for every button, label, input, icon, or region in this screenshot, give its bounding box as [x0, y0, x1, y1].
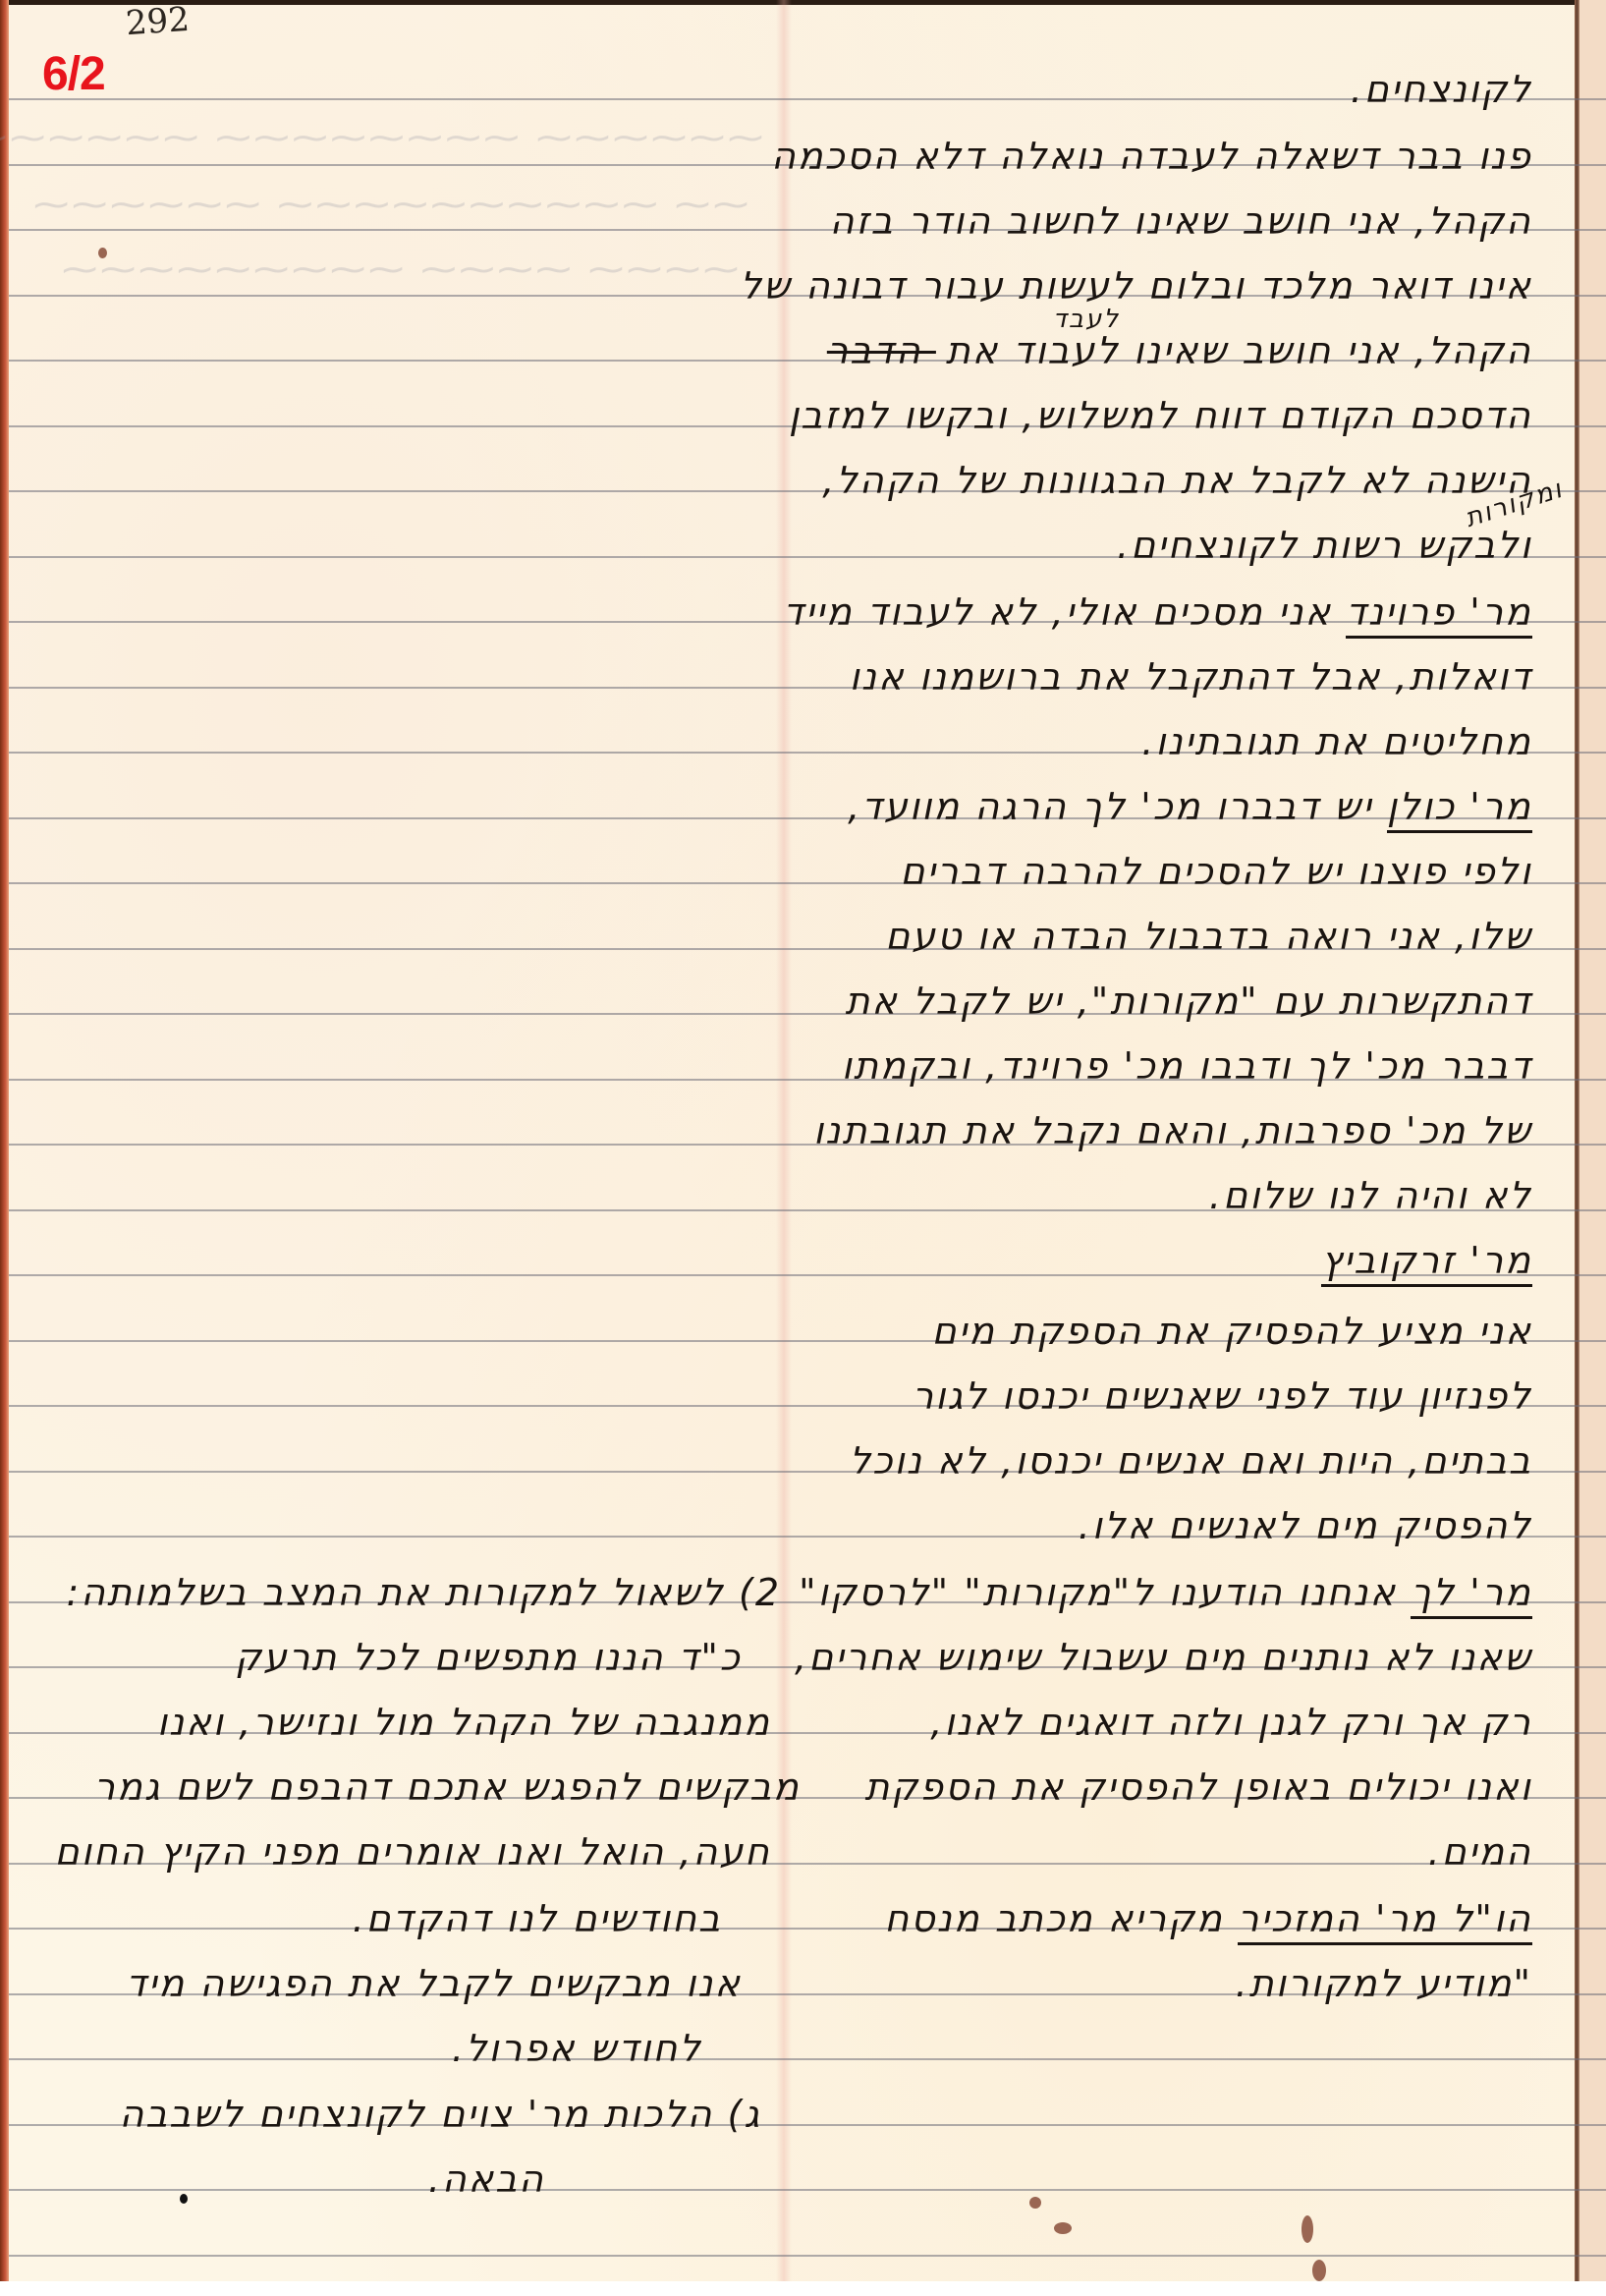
ink-stain: [1054, 2222, 1072, 2234]
handwritten-line: דהתקשרות עם "מקורות", יש לקבל את: [846, 982, 1532, 1020]
handwritten-line: כ"ד הננו מתפשים לכל תרעק: [235, 1639, 742, 1676]
line-text: שאנו לא נותנים מים עשבול שימוש אחרים,: [795, 1636, 1532, 1679]
handwritten-line: הקהל, אני חושב שאינו לעבוד את הדברלעבד: [827, 332, 1532, 369]
line-text: ואנו יכולים באופן להפסיק את הספקת: [864, 1765, 1532, 1809]
handwritten-line: להפסיק מים לאנשים אלו.: [1079, 1507, 1532, 1544]
binding-shade: [1579, 0, 1606, 2281]
bleed-through-text: ⁓⁓⁓⁓ ⁓⁓⁓⁓ ⁓⁓⁓⁓⁓⁓⁓⁓⁓: [62, 250, 742, 290]
line-text: דבבר מכ' לך ודבבו מכ' פרוינד, ובקמתו: [842, 1044, 1532, 1088]
ruled-line: [9, 2058, 1606, 2060]
handwritten-line: של מכ' ספרבות, והאם נקבל את תגובתנו: [813, 1112, 1532, 1149]
handwritten-line: 2) לשאול למקורות את המצב בשלמותה:: [66, 1574, 781, 1611]
line-text: להפסיק מים לאנשים אלו.: [1079, 1504, 1532, 1547]
line-text: ולפי פוצנו יש להסכים להרבה דברים: [900, 850, 1532, 893]
handwritten-line: מר' זרקוביץ: [1321, 1242, 1532, 1279]
line-text: דהתקשרות עם "מקורות", יש לקבל את: [846, 980, 1532, 1023]
ruled-line: [9, 2255, 1606, 2257]
handwritten-line: הבאה.: [428, 2160, 545, 2198]
handwritten-line: המים.: [1428, 1833, 1532, 1871]
handwritten-line: הו"ל מר' המזכיר מקריא מכתב מנסח: [884, 1900, 1532, 1937]
line-text: מר' זרקוביץ: [1321, 1239, 1532, 1287]
speaker-name: הו"ל מר' המזכיר: [1238, 1897, 1532, 1945]
handwritten-line: לפנזיון עוד לפני שאנשים יכנסו לגור: [913, 1377, 1532, 1415]
line-text: אנחנו הודענו ל"מקורות" "לרסקו": [799, 1571, 1397, 1614]
ink-stain: [1029, 2197, 1041, 2209]
handwritten-line: מר' כולן יש דבברו מכ' לך הרגה מוועד,: [848, 788, 1532, 825]
handwritten-line: מר' פרוינד אני מסכים אולי, לא לעבוד מייד: [783, 593, 1532, 631]
struck-out-word: הדבר: [827, 329, 936, 372]
line-text: שלו, אני רואה בדבבול הבדה או טעם: [885, 915, 1532, 958]
handwritten-line: מבקשים להפגש אתכם דהבפם לשם גמר: [94, 1768, 801, 1806]
line-text: אני מסכים אולי, לא לעבוד מייד: [783, 590, 1332, 634]
line-text: הדסכם הקודם דווח למשלוש, ובקשו למזבן: [789, 394, 1532, 437]
handwritten-line: מר' לך אנחנו הודענו ל"מקורות" "לרסקו": [799, 1574, 1532, 1611]
page-left-edge: [0, 0, 9, 2281]
handwritten-line: אינו דואר מלכד ובלום לעשות עבור דבונה של: [740, 267, 1532, 305]
handwritten-line: לקונצחים.: [1351, 71, 1532, 108]
handwritten-line: הישנה לא לקבל את הבגוונות של הקהל,: [822, 462, 1532, 499]
ink-stain: [98, 248, 107, 258]
handwritten-line: דואלות, אבל דהתקבל את ברושמנו אנו: [850, 658, 1532, 696]
handwritten-line: "מודיע למקורות.: [1236, 1965, 1532, 2002]
notebook-page: ⁓⁓⁓⁓⁓⁓ ⁓⁓⁓⁓⁓⁓⁓⁓ ⁓⁓⁓⁓⁓⁓⁓⁓ ⁓⁓ ⁓⁓⁓⁓⁓⁓⁓⁓⁓⁓ ⁓…: [0, 0, 1606, 2281]
bleed-through-text: ⁓⁓⁓⁓⁓⁓ ⁓⁓⁓⁓⁓⁓⁓⁓ ⁓⁓⁓⁓⁓⁓⁓⁓: [0, 118, 766, 158]
inserted-correction: לעבד: [1053, 307, 1120, 332]
page-top-edge: [0, 0, 1606, 5]
binding-line: [1575, 0, 1579, 2281]
handwritten-line: בחודשים לנו דהקדם.: [353, 1900, 722, 1937]
handwritten-line: שאנו לא נותנים מים עשבול שימוש אחרים,: [795, 1639, 1532, 1676]
speaker-name: מר' כולן: [1387, 785, 1532, 833]
line-text: אינו דואר מלכד ובלום לעשות עבור דבונה של: [740, 264, 1532, 308]
line-text: "מודיע למקורות.: [1236, 1962, 1532, 2005]
handwritten-line: הדסכם הקודם דווח למשלוש, ובקשו למזבן: [789, 397, 1532, 434]
handwritten-line: ממנגבה של הקהל מול ונזישר, ואנו: [157, 1704, 771, 1741]
ruled-line: [9, 2189, 1606, 2191]
line-text: לפנזיון עוד לפני שאנשים יכנסו לגור: [913, 1374, 1532, 1418]
handwritten-line: אני מציע להפסיק את הספקת מים: [932, 1313, 1532, 1350]
line-text: של מכ' ספרבות, והאם נקבל את תגובתנו: [813, 1109, 1532, 1152]
ink-dot: [180, 2194, 188, 2204]
handwritten-line: פנו בבר דשאלה לעבדה נואלה דלא הסכמה: [771, 138, 1532, 175]
bleed-through-text: ⁓⁓ ⁓⁓⁓⁓⁓⁓⁓⁓⁓⁓ ⁓⁓⁓⁓⁓⁓: [33, 185, 751, 225]
handwritten-line: ואנו יכולים באופן להפסיק את הספקת: [864, 1768, 1532, 1806]
page-number: 292: [125, 0, 192, 43]
line-text: דואלות, אבל דהתקבל את ברושמנו אנו: [850, 655, 1532, 699]
line-text: לא והיה לנו שלום.: [1209, 1174, 1532, 1217]
line-text: הישנה לא לקבל את הבגוונות של הקהל,: [822, 459, 1532, 502]
line-text: פנו בבר דשאלה לעבדה נואלה דלא הסכמה: [771, 135, 1532, 178]
line-text: הקהל, אני חושב שאינו לעבוד את: [946, 329, 1532, 372]
line-text: מחליטים את תגובתינו.: [1141, 720, 1532, 763]
line-text: לקונצחים.: [1351, 68, 1532, 111]
line-text: יש דבברו מכ' לך הרגה מוועד,: [848, 785, 1373, 828]
speaker-name: מר' פרוינד: [1346, 590, 1532, 639]
ink-stain: [1312, 2260, 1326, 2281]
handwritten-line: דבבר מכ' לך ודבבו מכ' פרוינד, ובקמתו: [842, 1047, 1532, 1085]
archive-stamp-label: 6/2: [42, 47, 105, 101]
handwritten-line: רק אך ורק לגנן ולזה דואגים לאנו,: [930, 1704, 1532, 1741]
ink-stain: [1301, 2215, 1313, 2243]
line-text: הקהל, אני חושב שאינו לחשוב הודר בזה: [830, 199, 1532, 243]
line-text: מקריא מכתב מנסח: [884, 1897, 1224, 1940]
handwritten-line: ולפי פוצנו יש להסכים להרבה דברים: [900, 853, 1532, 890]
line-text: רק אך ורק לגנן ולזה דואגים לאנו,: [930, 1701, 1532, 1744]
handwritten-line: שלו, אני רואה בדבבול הבדה או טעם: [885, 918, 1532, 955]
speaker-name: מר' לך: [1411, 1571, 1532, 1619]
handwritten-line: לא והיה לנו שלום.: [1209, 1177, 1532, 1214]
handwritten-line: לחודש אפרול.: [452, 2030, 702, 2067]
handwritten-line: חעה, הואל ואנו אומרים מפני הקיץ החום: [55, 1833, 772, 1871]
handwritten-line: מחליטים את תגובתינו.: [1141, 723, 1532, 760]
handwritten-line: ג) הלכות מר' צוים לקונצחים לשבבה: [119, 2096, 761, 2133]
handwritten-line: הקהל, אני חושב שאינו לחשוב הודר בזה: [830, 202, 1532, 240]
center-margin-line: [776, 0, 792, 2281]
handwritten-line: בבתים, היות ואם אנשים יכנסו, לא נוכל: [850, 1442, 1532, 1480]
handwritten-line: אנו מבקשים לקבל את הפגישה מיד: [126, 1965, 742, 2002]
line-text: בבתים, היות ואם אנשים יכנסו, לא נוכל: [850, 1439, 1532, 1483]
line-text: המים.: [1428, 1830, 1532, 1874]
line-text: אני מציע להפסיק את הספקת מים: [932, 1310, 1532, 1353]
